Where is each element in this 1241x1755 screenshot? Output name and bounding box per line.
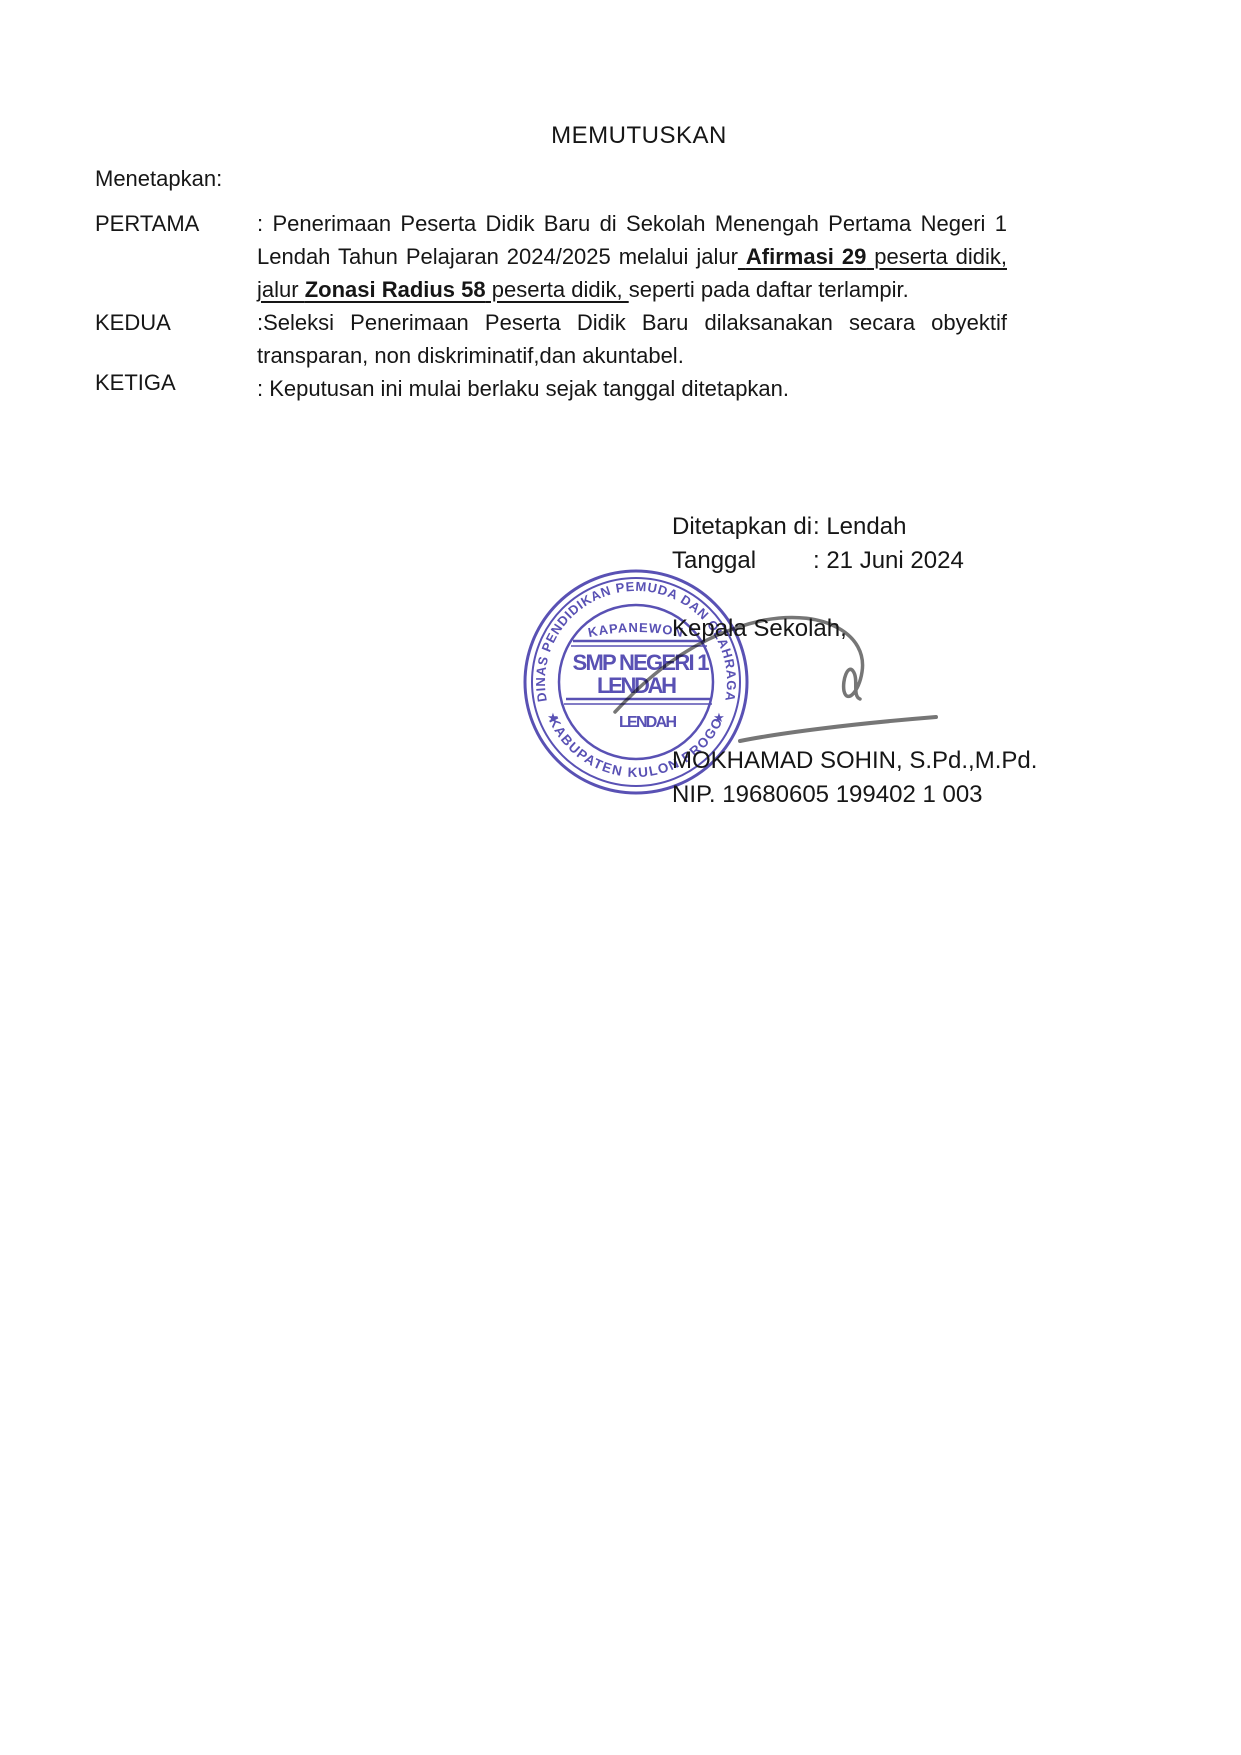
decision-content: : Keputusan ini mulai berlaku sejak tang…	[257, 372, 1007, 405]
text-run: Lendah Tahun Pelajaran 2024/2025 melalui…	[257, 244, 738, 269]
place-value: : Lendah	[813, 513, 906, 540]
text-run	[738, 244, 746, 269]
decision-row: PERTAMA: Penerimaan Peserta Didik Baru d…	[95, 207, 1007, 306]
signatory-role: Kepala Sekolah,	[672, 612, 1037, 646]
place-row: Ditetapkan di: Lendah	[672, 510, 1037, 544]
document-page: MEMUTUSKAN Menetapkan: PERTAMA: Penerima…	[0, 0, 1241, 1755]
place-label: Ditetapkan di	[672, 510, 813, 544]
text-run: jalur	[257, 277, 305, 302]
menetapkan-label: Menetapkan:	[95, 162, 222, 195]
text-run: : Keputusan ini mulai berlaku sejak tang…	[257, 376, 789, 401]
text-run: seperti pada daftar terlampir.	[629, 277, 909, 302]
decision-list: PERTAMA: Penerimaan Peserta Didik Baru d…	[95, 207, 1007, 405]
decision-line: jalur Zonasi Radius 58 peserta didik, se…	[257, 273, 1007, 306]
decision-line: transparan, non diskriminatif,dan akunta…	[257, 339, 1007, 372]
decision-row: KEDUA:Seleksi Penerimaan Peserta Didik B…	[95, 306, 1007, 372]
text-run: Zonasi Radius 58	[305, 277, 486, 302]
text-run: Afirmasi 29	[746, 244, 866, 269]
decision-label: KETIGA	[95, 366, 257, 399]
stamp-star-left-icon: ★	[547, 710, 559, 725]
decision-row: KETIGA: Keputusan ini mulai berlaku seja…	[95, 372, 1007, 405]
decision-line: Lendah Tahun Pelajaran 2024/2025 melalui…	[257, 240, 1007, 273]
decision-label: PERTAMA	[95, 207, 257, 240]
document-title: MEMUTUSKAN	[551, 119, 727, 152]
decision-line: :Seleksi Penerimaan Peserta Didik Baru d…	[257, 306, 1007, 339]
decision-line: : Penerimaan Peserta Didik Baru di Sekol…	[257, 207, 1007, 240]
text-run: peserta didik,	[866, 244, 1007, 269]
text-run: :Seleksi Penerimaan Peserta Didik Baru d…	[257, 310, 1007, 335]
decision-content: : Penerimaan Peserta Didik Baru di Sekol…	[257, 207, 1007, 306]
signature-space	[672, 646, 1037, 744]
signatory-nip: NIP. 19680605 199402 1 003	[672, 778, 1037, 812]
decision-label: KEDUA	[95, 306, 257, 339]
text-run: transparan, non diskriminatif,dan akunta…	[257, 343, 684, 368]
date-value: : 21 Juni 2024	[813, 547, 964, 574]
decision-line: : Keputusan ini mulai berlaku sejak tang…	[257, 372, 1007, 405]
closing-block: Ditetapkan di: Lendah Tanggal: 21 Juni 2…	[672, 510, 1037, 812]
decision-content: :Seleksi Penerimaan Peserta Didik Baru d…	[257, 306, 1007, 372]
text-run: peserta didik,	[486, 277, 629, 302]
date-label: Tanggal	[672, 544, 813, 578]
date-row: Tanggal: 21 Juni 2024	[672, 544, 1037, 578]
text-run: : Penerimaan Peserta Didik Baru di Sekol…	[257, 211, 1007, 236]
spacer	[672, 578, 1037, 612]
signatory-name: MOKHAMAD SOHIN, S.Pd.,M.Pd.	[672, 744, 1037, 778]
